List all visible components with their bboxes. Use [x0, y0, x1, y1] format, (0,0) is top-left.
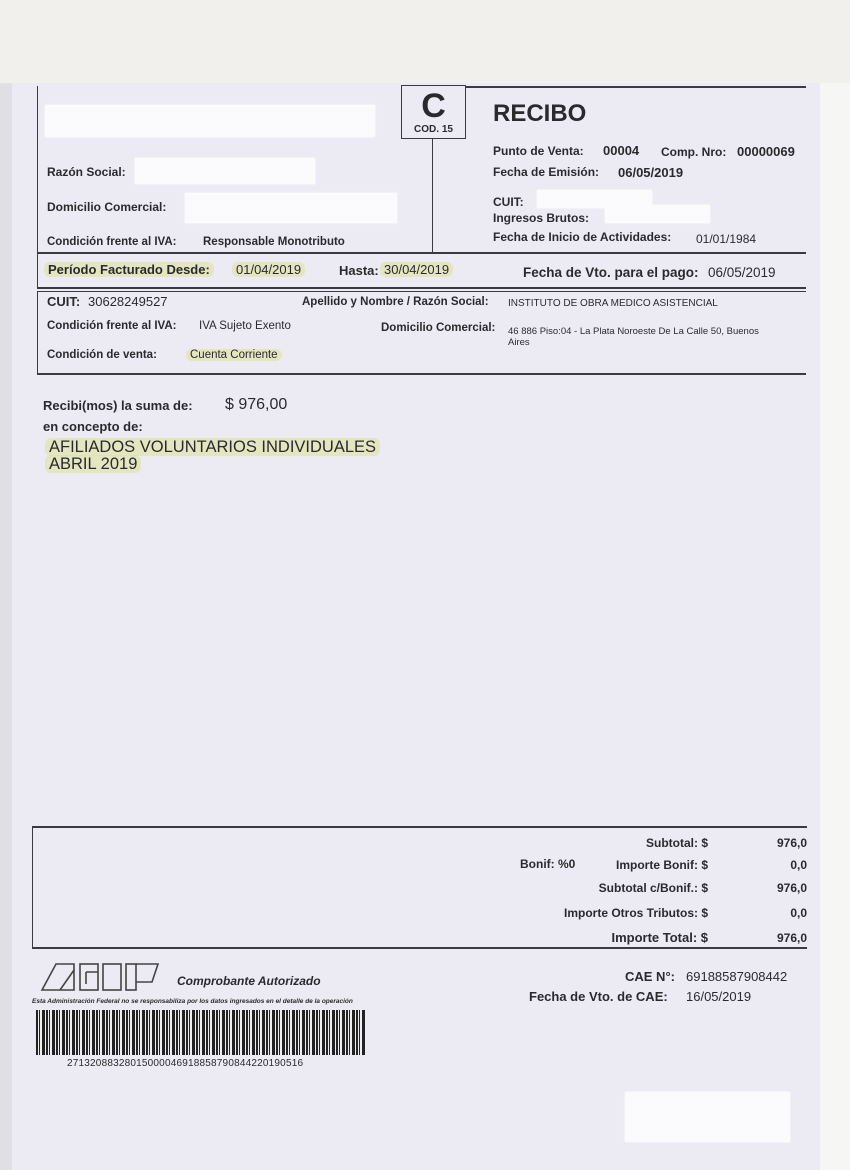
- subtotal-value: 976,0: [777, 836, 807, 850]
- scan-edge-right: [820, 83, 850, 1170]
- barcode-number: 2713208832801500004691885879084422019051…: [67, 1058, 303, 1069]
- frame-line-1: [37, 252, 806, 254]
- fecha-emision-label: Fecha de Emisión:: [493, 165, 599, 179]
- frame-left-client: [37, 291, 38, 374]
- document-title: RECIBO: [493, 100, 586, 128]
- comp-nro-label: Comp. Nro:: [661, 145, 726, 159]
- periodo-desde-value-text: 01/04/2019: [232, 262, 305, 277]
- importe-total-value: 976,0: [777, 931, 807, 945]
- client-cuit-label: CUIT:: [47, 294, 80, 309]
- periodo-hasta-value-text: 30/04/2019: [380, 262, 453, 277]
- client-nombre-label: Apellido y Nombre / Razón Social:: [302, 296, 489, 308]
- client-domicilio-value-1: 46 886 Piso:04 - La Plata Noroeste De La…: [508, 326, 759, 337]
- domicilio-label: Domicilio Comercial:: [47, 200, 166, 214]
- subtotal-bonif-value: 976,0: [777, 881, 807, 895]
- condicion-venta-value: Cuenta Corriente: [186, 349, 282, 361]
- cae-vto-label: Fecha de Vto. de CAE:: [529, 989, 668, 1004]
- subtotal-label: Subtotal: $: [646, 836, 708, 850]
- otros-tributos-label: Importe Otros Tributos: $: [564, 906, 708, 920]
- document-type-box: C COD. 15: [401, 85, 466, 139]
- periodo-hasta-label: Hasta:: [339, 263, 379, 278]
- concepto-line-2: ABRIL 2019: [45, 455, 141, 473]
- iibb-label: Ingresos Brutos:: [493, 211, 589, 225]
- comp-nro-value: 00000069: [737, 144, 795, 159]
- importe-total-label: Importe Total: $: [611, 930, 708, 945]
- afip-logo-icon: [40, 960, 160, 992]
- document-type-letter: C: [402, 88, 465, 124]
- vto-pago-value: 06/05/2019: [708, 265, 776, 280]
- condicion-venta-label: Condición de venta:: [47, 349, 157, 361]
- concepto-text: AFILIADOS VOLUNTARIOS INDIVIDUALES ABRIL…: [45, 439, 380, 473]
- cae-vto-value: 16/05/2019: [686, 989, 751, 1004]
- client-nombre-value: INSTITUTO DE OBRA MEDICO ASISTENCIAL: [508, 298, 718, 309]
- frame-line-2: [37, 287, 806, 289]
- client-domicilio-value-2: Aires: [508, 337, 530, 348]
- barcode: [36, 1010, 366, 1055]
- concepto-label: en concepto de:: [43, 419, 143, 434]
- comprobante-autorizado: Comprobante Autorizado: [177, 974, 321, 988]
- inicio-actividades-value: 01/01/1984: [696, 232, 756, 246]
- subtotal-bonif-label: Subtotal c/Bonif.: $: [599, 881, 708, 895]
- frame-top-right: [464, 86, 806, 88]
- client-domicilio-label: Domicilio Comercial:: [381, 322, 495, 334]
- bonif-pct: Bonif: %0: [520, 857, 575, 871]
- otros-tributos-value: 0,0: [790, 906, 807, 920]
- issuer-iva-value: Responsable Monotributo: [203, 236, 345, 248]
- punto-venta-value: 00004: [603, 143, 639, 158]
- issuer-cuit-label: CUIT:: [493, 195, 524, 209]
- punto-venta-label: Punto de Venta:: [493, 144, 584, 158]
- condicion-venta-value-text: Cuenta Corriente: [186, 349, 282, 361]
- frame-line-2b: [37, 291, 806, 292]
- document-type-code: COD. 15: [402, 124, 465, 135]
- afip-disclaimer: Esta Administración Federal no se respon…: [32, 998, 353, 1005]
- redacted-signature: [625, 1092, 790, 1142]
- razon-social-label: Razón Social:: [47, 165, 126, 179]
- fecha-emision-value: 06/05/2019: [618, 165, 683, 180]
- frame-left-period: [37, 254, 38, 288]
- importe-bonif-value: 0,0: [790, 858, 807, 872]
- totals-bottom-line: [32, 947, 807, 949]
- cae-label: CAE N°:: [625, 969, 675, 984]
- redacted-razon-social: [135, 158, 315, 184]
- periodo-desde-value: 01/04/2019: [232, 262, 305, 277]
- issuer-iva-label: Condición frente al IVA:: [47, 236, 177, 248]
- client-iva-label: Condición frente al IVA:: [47, 320, 177, 332]
- periodo-hasta-value: 30/04/2019: [380, 262, 453, 277]
- frame-divider: [432, 137, 433, 252]
- importe-bonif-label: Importe Bonif: $: [616, 858, 708, 872]
- client-iva-value: IVA Sujeto Exento: [199, 320, 291, 332]
- totals-left-line: [32, 826, 33, 948]
- frame-line-3: [37, 373, 806, 375]
- suma-value: $ 976,00: [225, 396, 287, 414]
- client-cuit-value: 30628249527: [88, 294, 168, 309]
- scan-edge-left: [0, 83, 12, 1170]
- frame-left-top: [37, 86, 38, 256]
- periodo-desde-label: Período Facturado Desde:: [44, 262, 214, 277]
- suma-label: Recibi(mos) la suma de:: [43, 398, 193, 413]
- cae-value: 69188587908442: [686, 969, 787, 984]
- vto-pago-label: Fecha de Vto. para el pago:: [523, 265, 699, 280]
- redacted-iibb: [605, 205, 710, 223]
- periodo-desde-label-text: Período Facturado Desde:: [44, 262, 214, 277]
- redacted-domicilio: [185, 193, 397, 223]
- redacted-issuer-name: [45, 105, 375, 137]
- inicio-actividades-label: Fecha de Inicio de Actividades:: [493, 230, 671, 244]
- totals-top-line: [32, 826, 807, 828]
- concepto-line-1: AFILIADOS VOLUNTARIOS INDIVIDUALES: [45, 438, 380, 456]
